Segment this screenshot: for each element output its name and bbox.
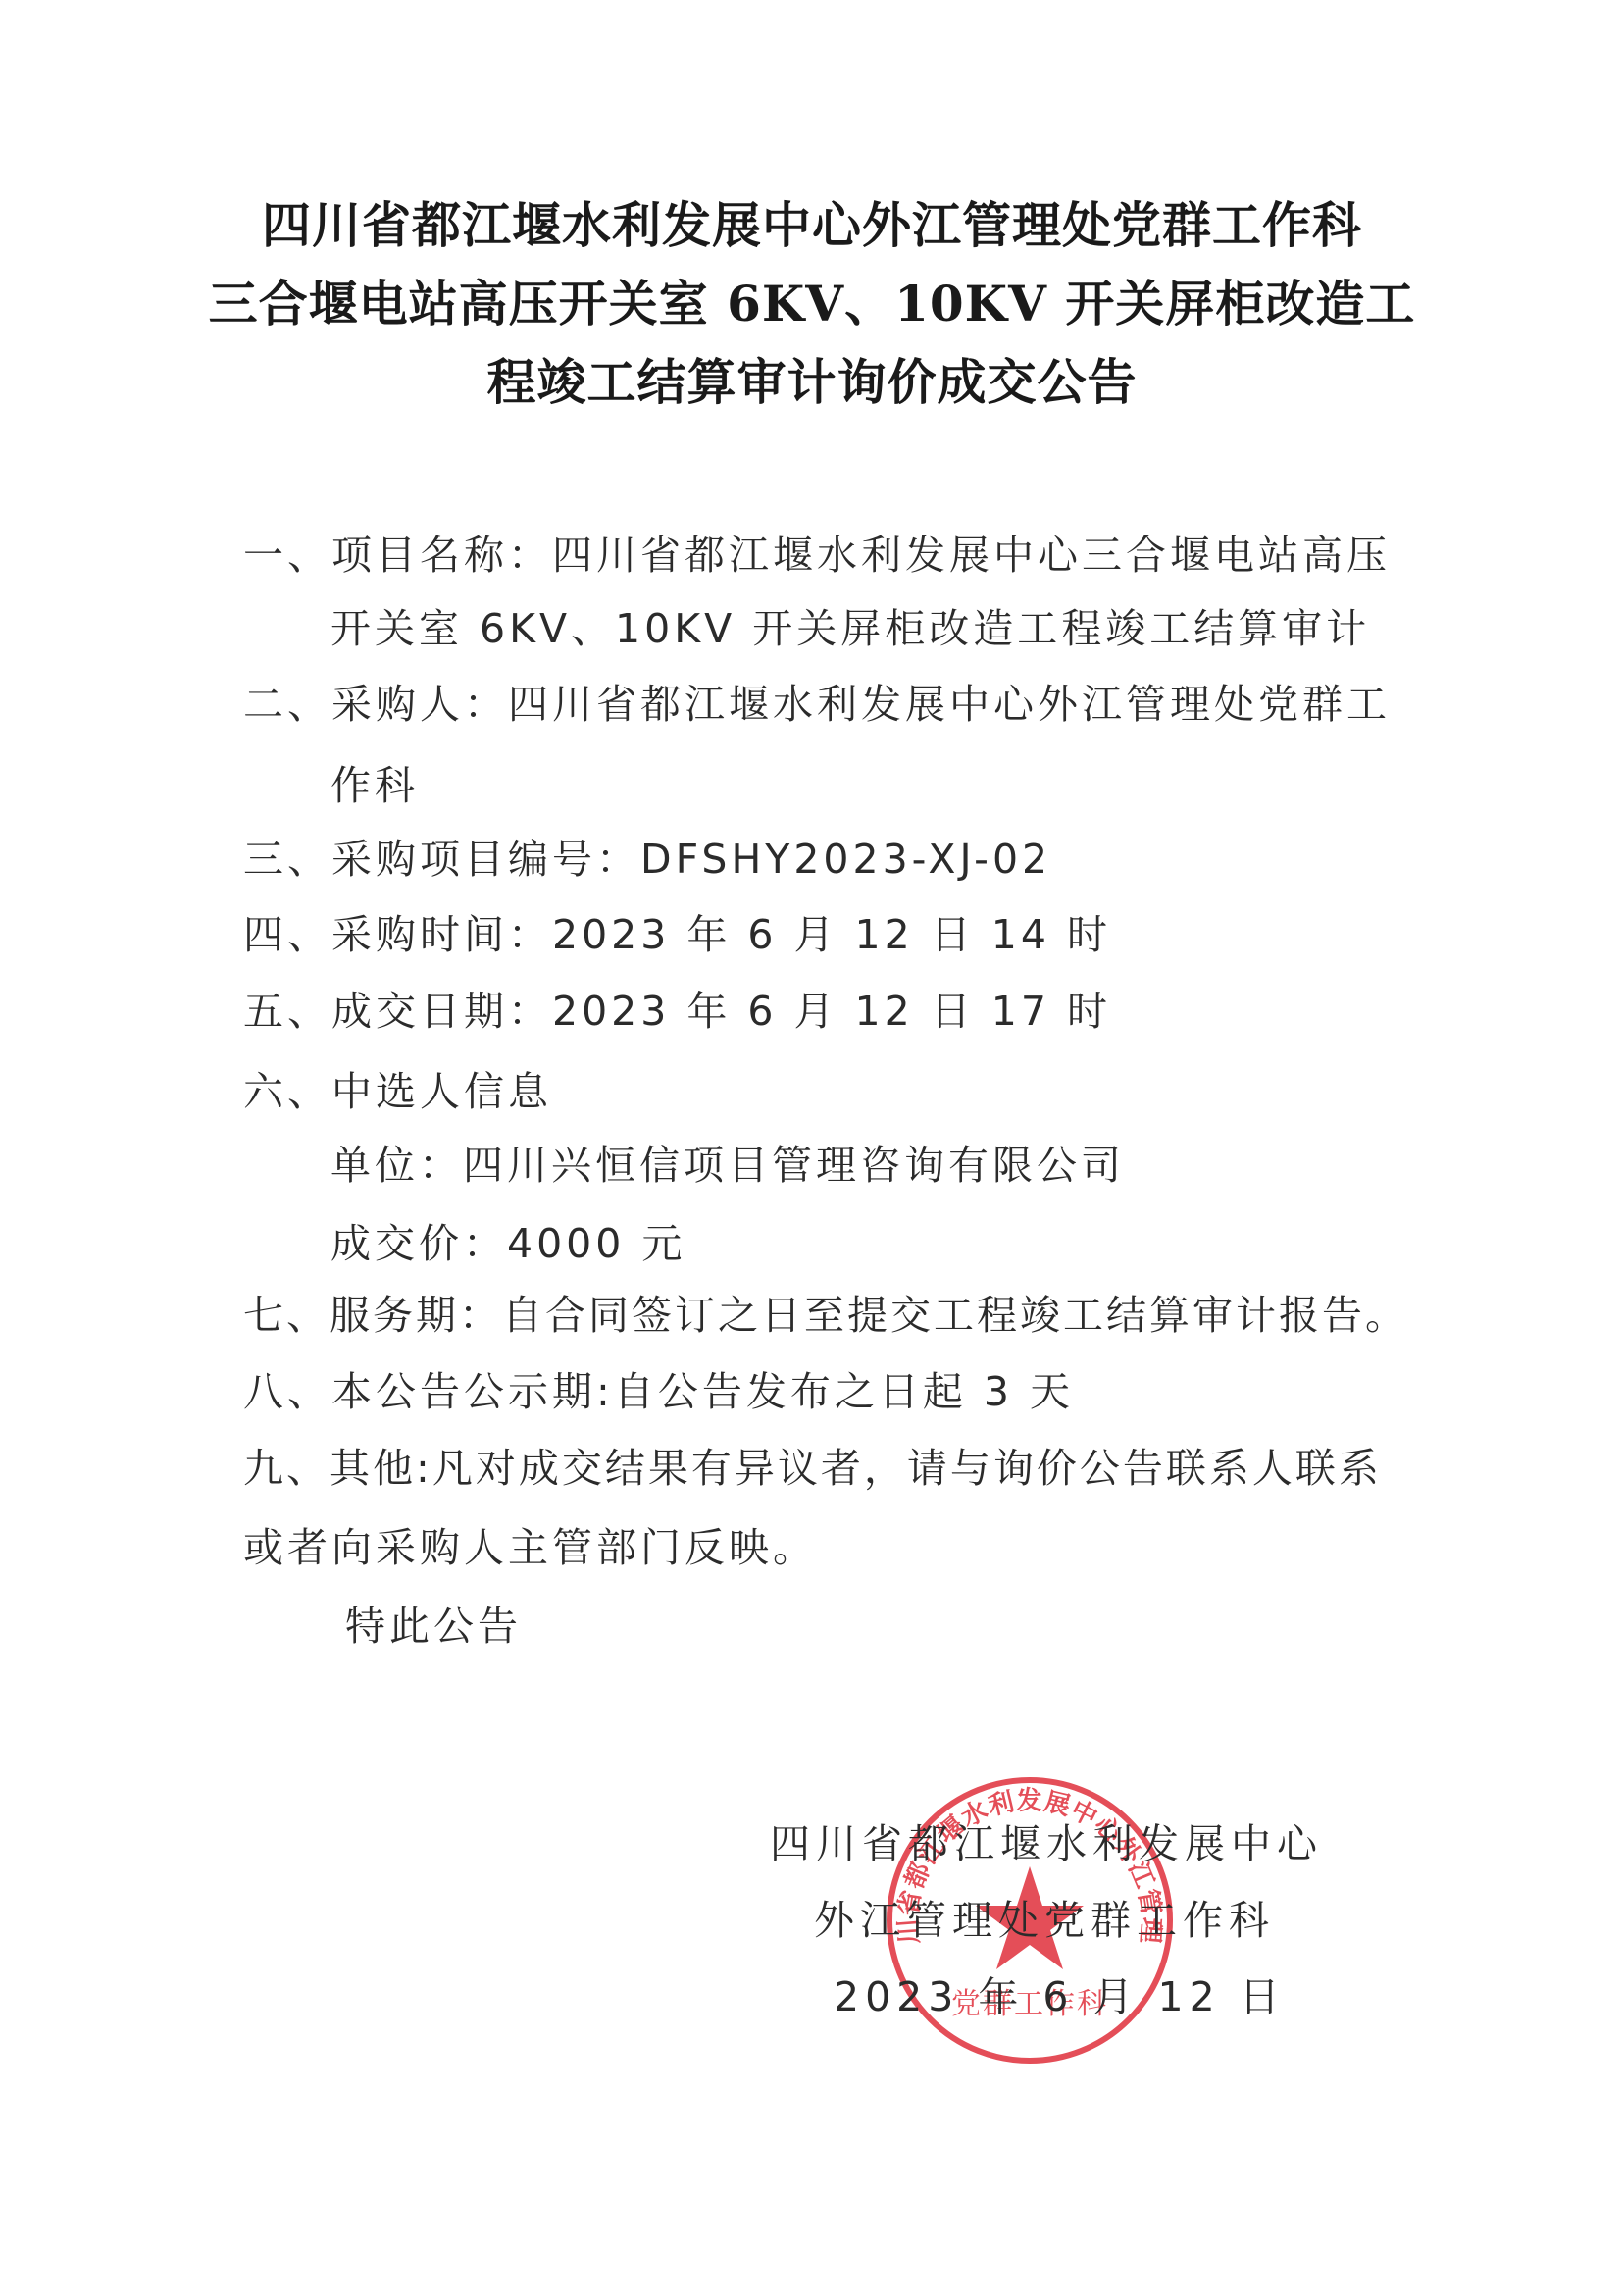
signature-date: 2023 年 6 月 12 日 [834, 1964, 1286, 2022]
item-value: 2023 年 6 月 12 日 14 时 [552, 911, 1111, 958]
item-purchaser-continuation: 作科 [330, 753, 419, 811]
signature-org-line-1: 四川省都江堰水利发展中心 [770, 1811, 1323, 1869]
item-other-continuation: 或者向采购人主管部门反映。 [243, 1515, 817, 1573]
item-notice-period: 八、本公告公示期:自公告发布之日起 3 天 [243, 1359, 1074, 1417]
item-value: 凡对成交结果有异议者，请与询价公告联系人联系 [432, 1445, 1382, 1492]
winner-unit: 单位：四川兴恒信项目管理咨询有限公司 [330, 1133, 1125, 1191]
item-purchaser: 二、采购人：四川省都江堰水利发展中心外江管理处党群工 [243, 672, 1391, 730]
item-value: 2023 年 6 月 12 日 17 时 [552, 988, 1111, 1035]
document-title: 四川省都江堰水利发展中心外江管理处党群工作科 三合堰电站高压开关室 6KV、10… [0, 186, 1624, 422]
item-label: 六、中选人信息 [243, 1068, 552, 1115]
title-line-3: 程竣工结算审计询价成交公告 [0, 343, 1624, 422]
winner-price-label: 成交价： [330, 1220, 507, 1267]
item-label: 八、本公告公示期: [243, 1368, 614, 1415]
winner-unit-value: 四川兴恒信项目管理咨询有限公司 [463, 1142, 1125, 1189]
winner-price-value: 4000 元 [507, 1220, 685, 1267]
item-label: 一、项目名称： [243, 532, 552, 579]
closing-text: 特此公告 [345, 1594, 522, 1652]
signature-org-line-2: 外江管理处党群工作科 [814, 1888, 1275, 1946]
winner-unit-label: 单位： [330, 1142, 463, 1189]
item-other: 九、其他:凡对成交结果有异议者，请与询价公告联系人联系 [243, 1436, 1382, 1494]
item-purchase-time: 四、采购时间：2023 年 6 月 12 日 14 时 [243, 902, 1111, 960]
item-label: 七、服务期： [243, 1292, 502, 1339]
item-project-name-continuation: 开关室 6KV、10KV 开关屏柜改造工程竣工结算审计 [330, 596, 1370, 654]
item-value: 四川省都江堰水利发展中心外江管理处党群工 [508, 681, 1391, 728]
item-label: 三、采购项目编号： [243, 836, 640, 883]
title-line-1: 四川省都江堰水利发展中心外江管理处党群工作科 [0, 186, 1624, 265]
item-value: 自公告发布之日起 3 天 [614, 1368, 1074, 1415]
item-project-number: 三、采购项目编号：DFSHY2023-XJ-02 [243, 827, 1051, 885]
item-value: DFSHY2023-XJ-02 [640, 836, 1051, 883]
item-project-name: 一、项目名称：四川省都江堰水利发展中心三合堰电站高压 [243, 523, 1391, 581]
item-label: 五、成交日期： [243, 988, 552, 1035]
item-service-period: 七、服务期：自合同签订之日至提交工程竣工结算审计报告。 [243, 1283, 1408, 1341]
item-label: 九、其他: [243, 1445, 432, 1492]
item-value: 自合同签订之日至提交工程竣工结算审计报告。 [502, 1292, 1408, 1339]
item-value: 四川省都江堰水利发展中心三合堰电站高压 [552, 532, 1391, 579]
item-label: 二、采购人： [243, 681, 508, 728]
title-line-2: 三合堰电站高压开关室 6KV、10KV 开关屏柜改造工 [0, 265, 1624, 343]
winner-price: 成交价：4000 元 [330, 1211, 685, 1269]
item-winner-info: 六、中选人信息 [243, 1059, 552, 1117]
item-label: 四、采购时间： [243, 911, 552, 958]
item-deal-date: 五、成交日期：2023 年 6 月 12 日 17 时 [243, 979, 1111, 1037]
